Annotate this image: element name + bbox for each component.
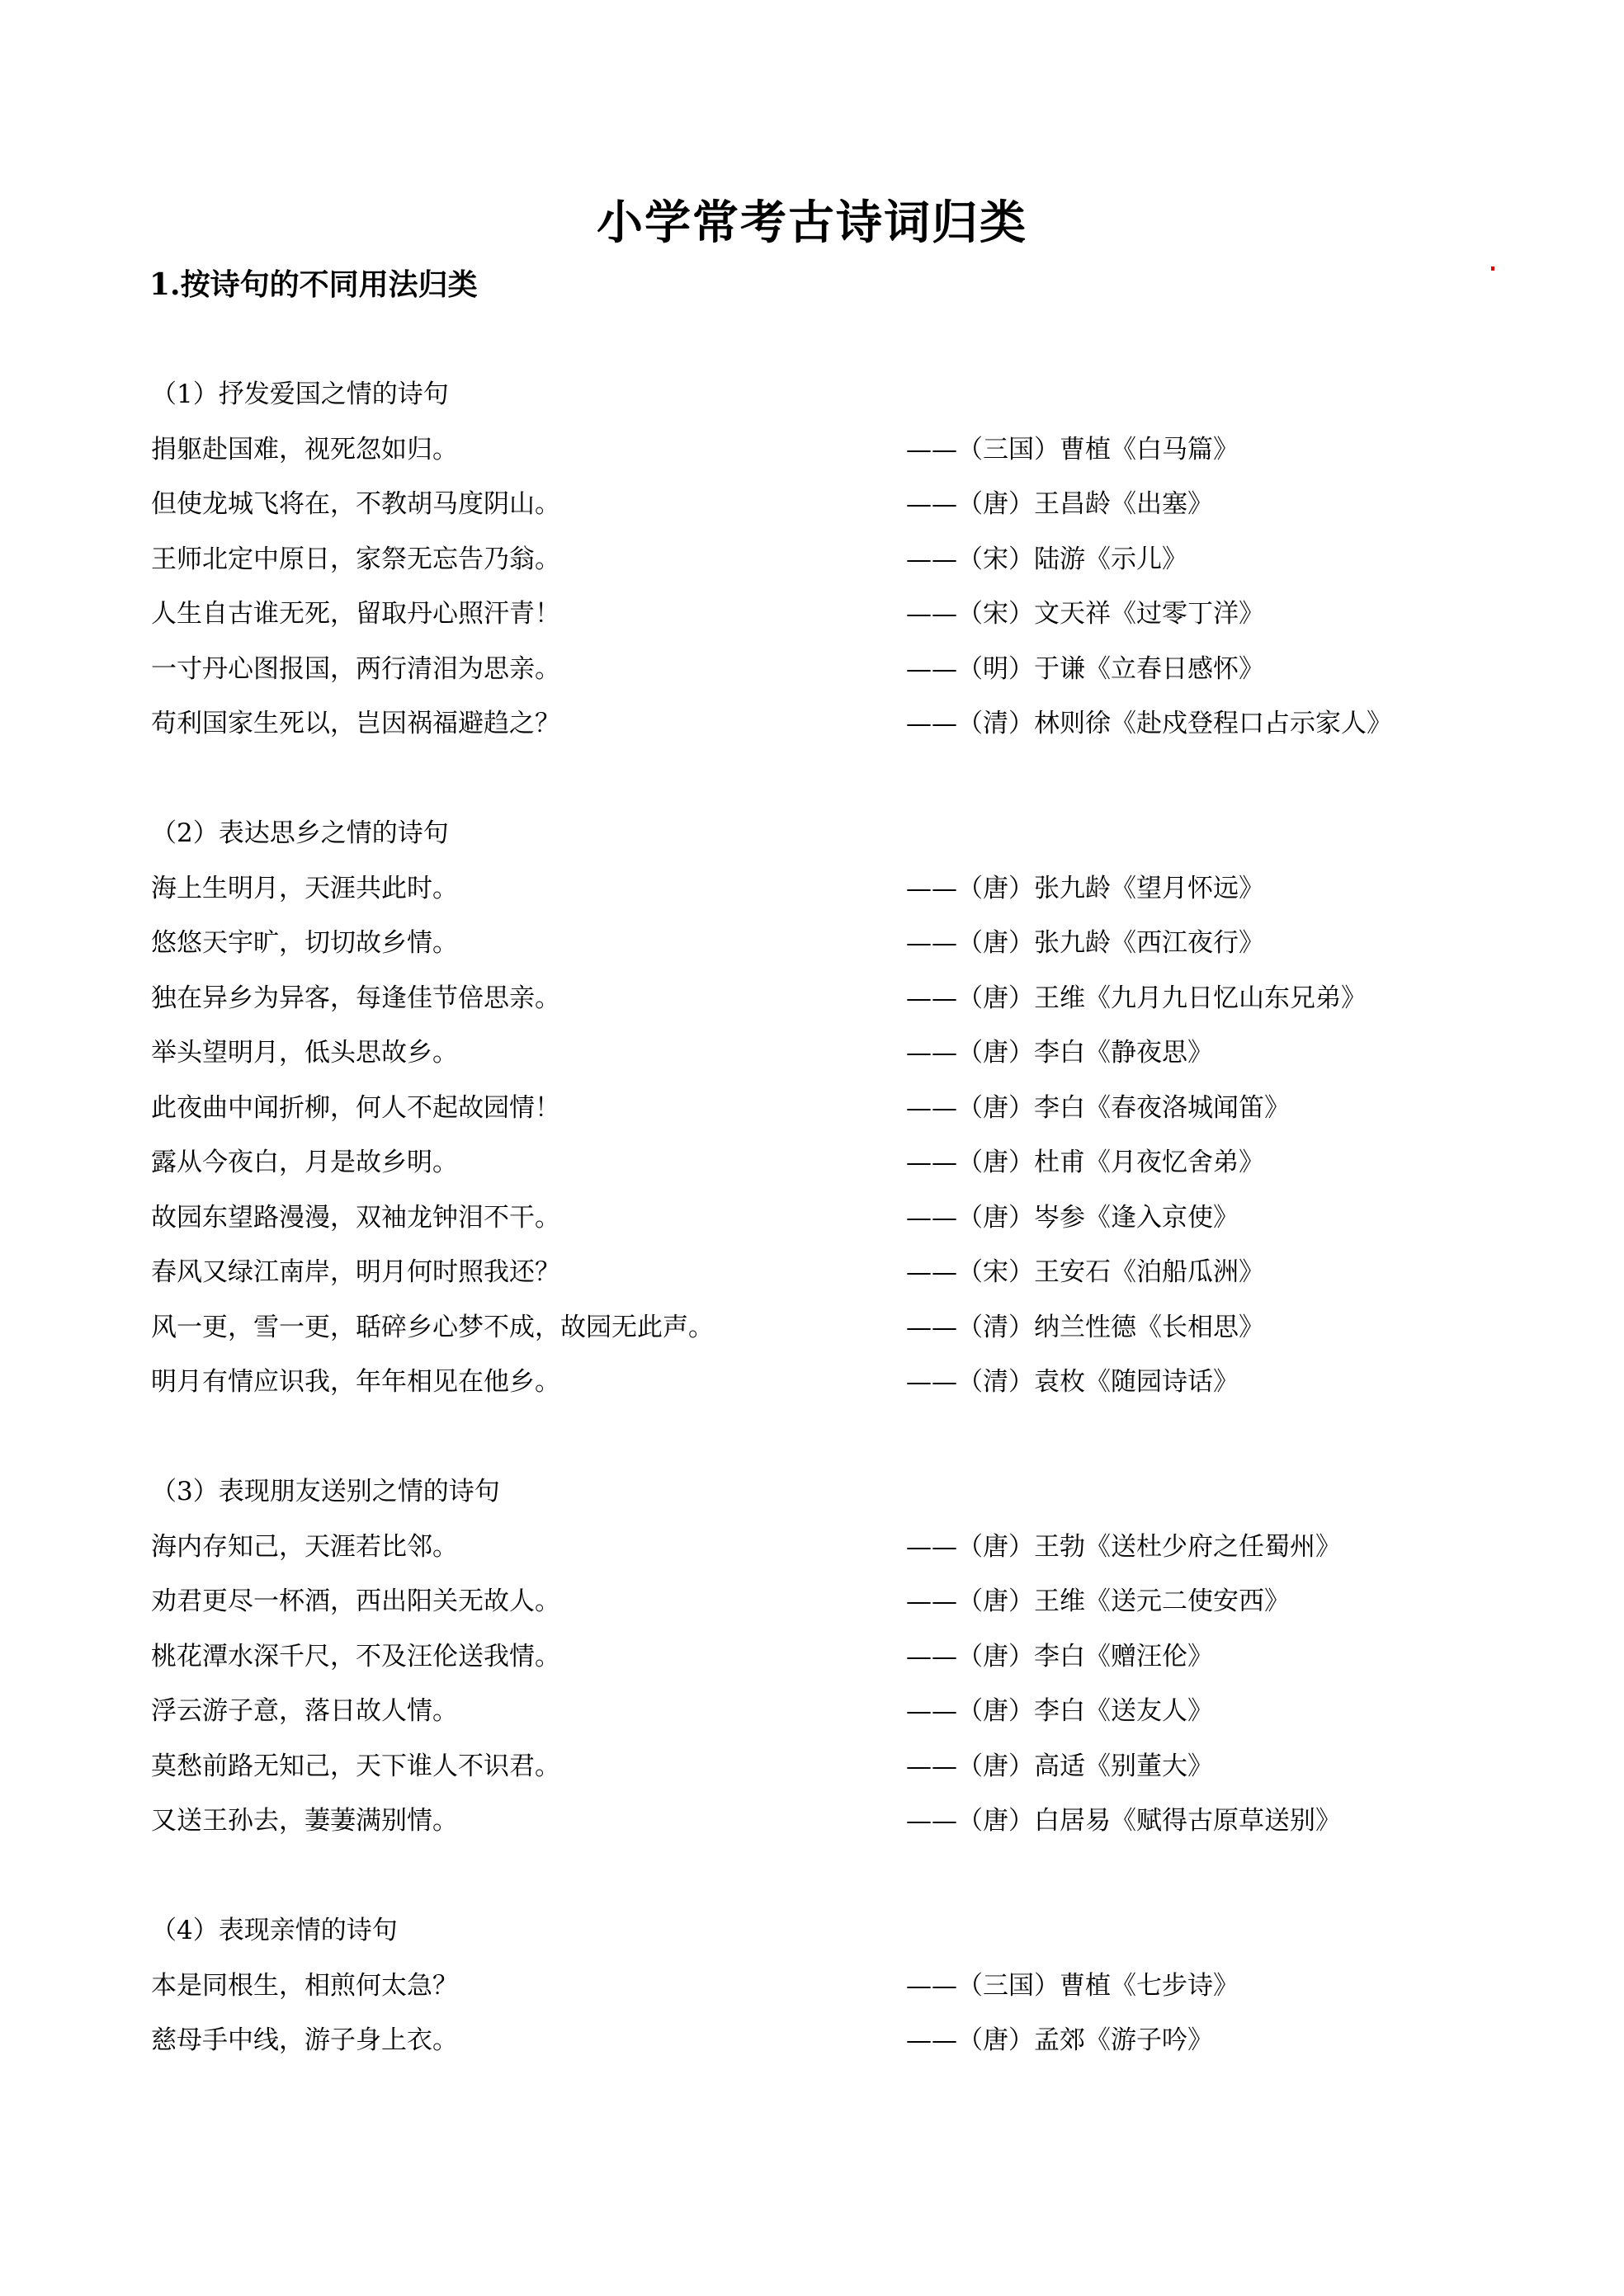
poem-row: 本是同根生，相煎何太急？——（三国）曹植《七步诗》: [151, 1959, 1554, 2014]
poem-row: 莫愁前路无知己，天下谁人不识君。——（唐）高适《别董大》: [151, 1739, 1554, 1794]
attribution: ——（宋）陆游《示儿》: [906, 532, 1187, 587]
attribution: ——（唐）张九龄《望月怀远》: [906, 861, 1264, 917]
verse-line: 捐躯赴国难，视死忽如归。: [151, 422, 458, 478]
spacer: [151, 1410, 1554, 1465]
attribution: ——（唐）李白《送友人》: [906, 1684, 1213, 1739]
spacer: [151, 752, 1554, 807]
poem-row: 海内存知己，天涯若比邻。——（唐）王勃《送杜少府之任蜀州》: [151, 1520, 1554, 1575]
poem-row: 此夜曲中闻折柳，何人不起故园情！——（唐）李白《春夜洛城闻笛》: [151, 1081, 1554, 1136]
attribution: ——（唐）李白《春夜洛城闻笛》: [906, 1081, 1290, 1136]
attribution: ——（唐）白居易《赋得古原草送别》: [906, 1794, 1341, 1849]
poem-row: 人生自古谁无死，留取丹心照汗青！——（宋）文天祥《过零丁洋》: [151, 587, 1554, 642]
category-heading: （4）表现亲情的诗句: [151, 1903, 1554, 1959]
verse-line: 劝君更尽一杯酒，西出阳关无故人。: [151, 1574, 560, 1629]
category-heading: （3）表现朋友送别之情的诗句: [151, 1464, 1554, 1520]
poem-row: 又送王孙去，萋萋满别情。——（唐）白居易《赋得古原草送别》: [151, 1794, 1554, 1849]
verse-line: 故园东望路漫漫，双袖龙钟泪不干。: [151, 1190, 560, 1246]
category-heading: （1）抒发爱国之情的诗句: [151, 367, 1554, 422]
poem-list: （1）抒发爱国之情的诗句 捐躯赴国难，视死忽如归。——（三国）曹植《白马篇》 但…: [151, 367, 1554, 2068]
attribution: ——（唐）王勃《送杜少府之任蜀州》: [906, 1520, 1341, 1575]
page-title: 小学常考古诗词归类: [0, 195, 1624, 252]
poem-row: 故园东望路漫漫，双袖龙钟泪不干。——（唐）岑参《逢入京使》: [151, 1190, 1554, 1246]
verse-line: 悠悠天宇旷，切切故乡情。: [151, 916, 458, 971]
verse-line: 但使龙城飞将在，不教胡马度阴山。: [151, 477, 560, 532]
poem-row: 捐躯赴国难，视死忽如归。——（三国）曹植《白马篇》: [151, 422, 1554, 478]
verse-line: 春风又绿江南岸，明月何时照我还？: [151, 1245, 560, 1300]
verse-line: 举头望明月，低头思故乡。: [151, 1025, 458, 1081]
verse-line: 一寸丹心图报国，两行清泪为思亲。: [151, 642, 560, 697]
poem-row: 王师北定中原日，家祭无忘告乃翁。——（宋）陆游《示儿》: [151, 532, 1554, 587]
verse-line: 本是同根生，相煎何太急？: [151, 1959, 458, 2014]
verse-line: 又送王孙去，萋萋满别情。: [151, 1794, 458, 1849]
attribution: ——（唐）高适《别董大》: [906, 1739, 1213, 1794]
poem-row: 风一更，雪一更，聒碎乡心梦不成，故园无此声。——（清）纳兰性德《长相思》: [151, 1300, 1554, 1355]
verse-line: 王师北定中原日，家祭无忘告乃翁。: [151, 532, 560, 587]
verse-line: 苟利国家生死以，岂因祸福避趋之？: [151, 696, 560, 752]
verse-line: 露从今夜白，月是故乡明。: [151, 1135, 458, 1190]
red-mark-dot: [1491, 266, 1494, 271]
poem-row: 独在异乡为异客，每逢佳节倍思亲。——（唐）王维《九月九日忆山东兄弟》: [151, 971, 1554, 1026]
poem-row: 露从今夜白，月是故乡明。——（唐）杜甫《月夜忆舍弟》: [151, 1135, 1554, 1190]
attribution: ——（唐）张九龄《西江夜行》: [906, 916, 1264, 971]
attribution: ——（明）于谦《立春日感怀》: [906, 642, 1264, 697]
attribution: ——（清）袁枚《随园诗话》: [906, 1355, 1239, 1410]
verse-line: 独在异乡为异客，每逢佳节倍思亲。: [151, 971, 560, 1026]
verse-line: 明月有情应识我，年年相见在他乡。: [151, 1355, 560, 1410]
attribution: ——（宋）文天祥《过零丁洋》: [906, 587, 1264, 642]
attribution: ——（宋）王安石《泊船瓜洲》: [906, 1245, 1264, 1300]
spacer: [151, 1849, 1554, 1904]
verse-line: 慈母手中线，游子身上衣。: [151, 2013, 458, 2068]
attribution: ——（清）纳兰性德《长相思》: [906, 1300, 1264, 1355]
attribution: ——（三国）曹植《七步诗》: [906, 1959, 1239, 2014]
attribution: ——（清）林则徐《赴戍登程口占示家人》: [906, 696, 1392, 752]
attribution: ——（唐）杜甫《月夜忆舍弟》: [906, 1135, 1264, 1190]
verse-line: 此夜曲中闻折柳，何人不起故园情！: [151, 1081, 560, 1136]
poem-row: 举头望明月，低头思故乡。——（唐）李白《静夜思》: [151, 1025, 1554, 1081]
poem-row: 苟利国家生死以，岂因祸福避趋之？——（清）林则徐《赴戍登程口占示家人》: [151, 696, 1554, 752]
attribution: ——（唐）孟郊《游子吟》: [906, 2013, 1213, 2068]
category-heading: （2）表达思乡之情的诗句: [151, 806, 1554, 861]
poem-row: 但使龙城飞将在，不教胡马度阴山。——（唐）王昌龄《出塞》: [151, 477, 1554, 532]
poem-row: 春风又绿江南岸，明月何时照我还？——（宋）王安石《泊船瓜洲》: [151, 1245, 1554, 1300]
verse-line: 海内存知己，天涯若比邻。: [151, 1520, 458, 1575]
verse-line: 风一更，雪一更，聒碎乡心梦不成，故园无此声。: [151, 1300, 714, 1355]
verse-line: 浮云游子意，落日故人情。: [151, 1684, 458, 1739]
attribution: ——（唐）王昌龄《出塞》: [906, 477, 1213, 532]
poem-row: 海上生明月，天涯共此时。——（唐）张九龄《望月怀远》: [151, 861, 1554, 917]
attribution: ——（三国）曹植《白马篇》: [906, 422, 1239, 478]
poem-row: 劝君更尽一杯酒，西出阳关无故人。——（唐）王维《送元二使安西》: [151, 1574, 1554, 1629]
attribution: ——（唐）李白《赠汪伦》: [906, 1629, 1213, 1685]
verse-line: 海上生明月，天涯共此时。: [151, 861, 458, 917]
poem-row: 悠悠天宇旷，切切故乡情。——（唐）张九龄《西江夜行》: [151, 916, 1554, 971]
attribution: ——（唐）李白《静夜思》: [906, 1025, 1213, 1081]
section-heading: 1.按诗句的不同用法归类: [149, 264, 478, 305]
poem-row: 一寸丹心图报国，两行清泪为思亲。——（明）于谦《立春日感怀》: [151, 642, 1554, 697]
verse-line: 人生自古谁无死，留取丹心照汗青！: [151, 587, 560, 642]
poem-row: 明月有情应识我，年年相见在他乡。——（清）袁枚《随园诗话》: [151, 1355, 1554, 1410]
verse-line: 莫愁前路无知己，天下谁人不识君。: [151, 1739, 560, 1794]
poem-row: 桃花潭水深千尺，不及汪伦送我情。——（唐）李白《赠汪伦》: [151, 1629, 1554, 1685]
attribution: ——（唐）岑参《逢入京使》: [906, 1190, 1239, 1246]
poem-row: 浮云游子意，落日故人情。——（唐）李白《送友人》: [151, 1684, 1554, 1739]
attribution: ——（唐）王维《九月九日忆山东兄弟》: [906, 971, 1367, 1026]
poem-row: 慈母手中线，游子身上衣。——（唐）孟郊《游子吟》: [151, 2013, 1554, 2068]
attribution: ——（唐）王维《送元二使安西》: [906, 1574, 1290, 1629]
verse-line: 桃花潭水深千尺，不及汪伦送我情。: [151, 1629, 560, 1685]
